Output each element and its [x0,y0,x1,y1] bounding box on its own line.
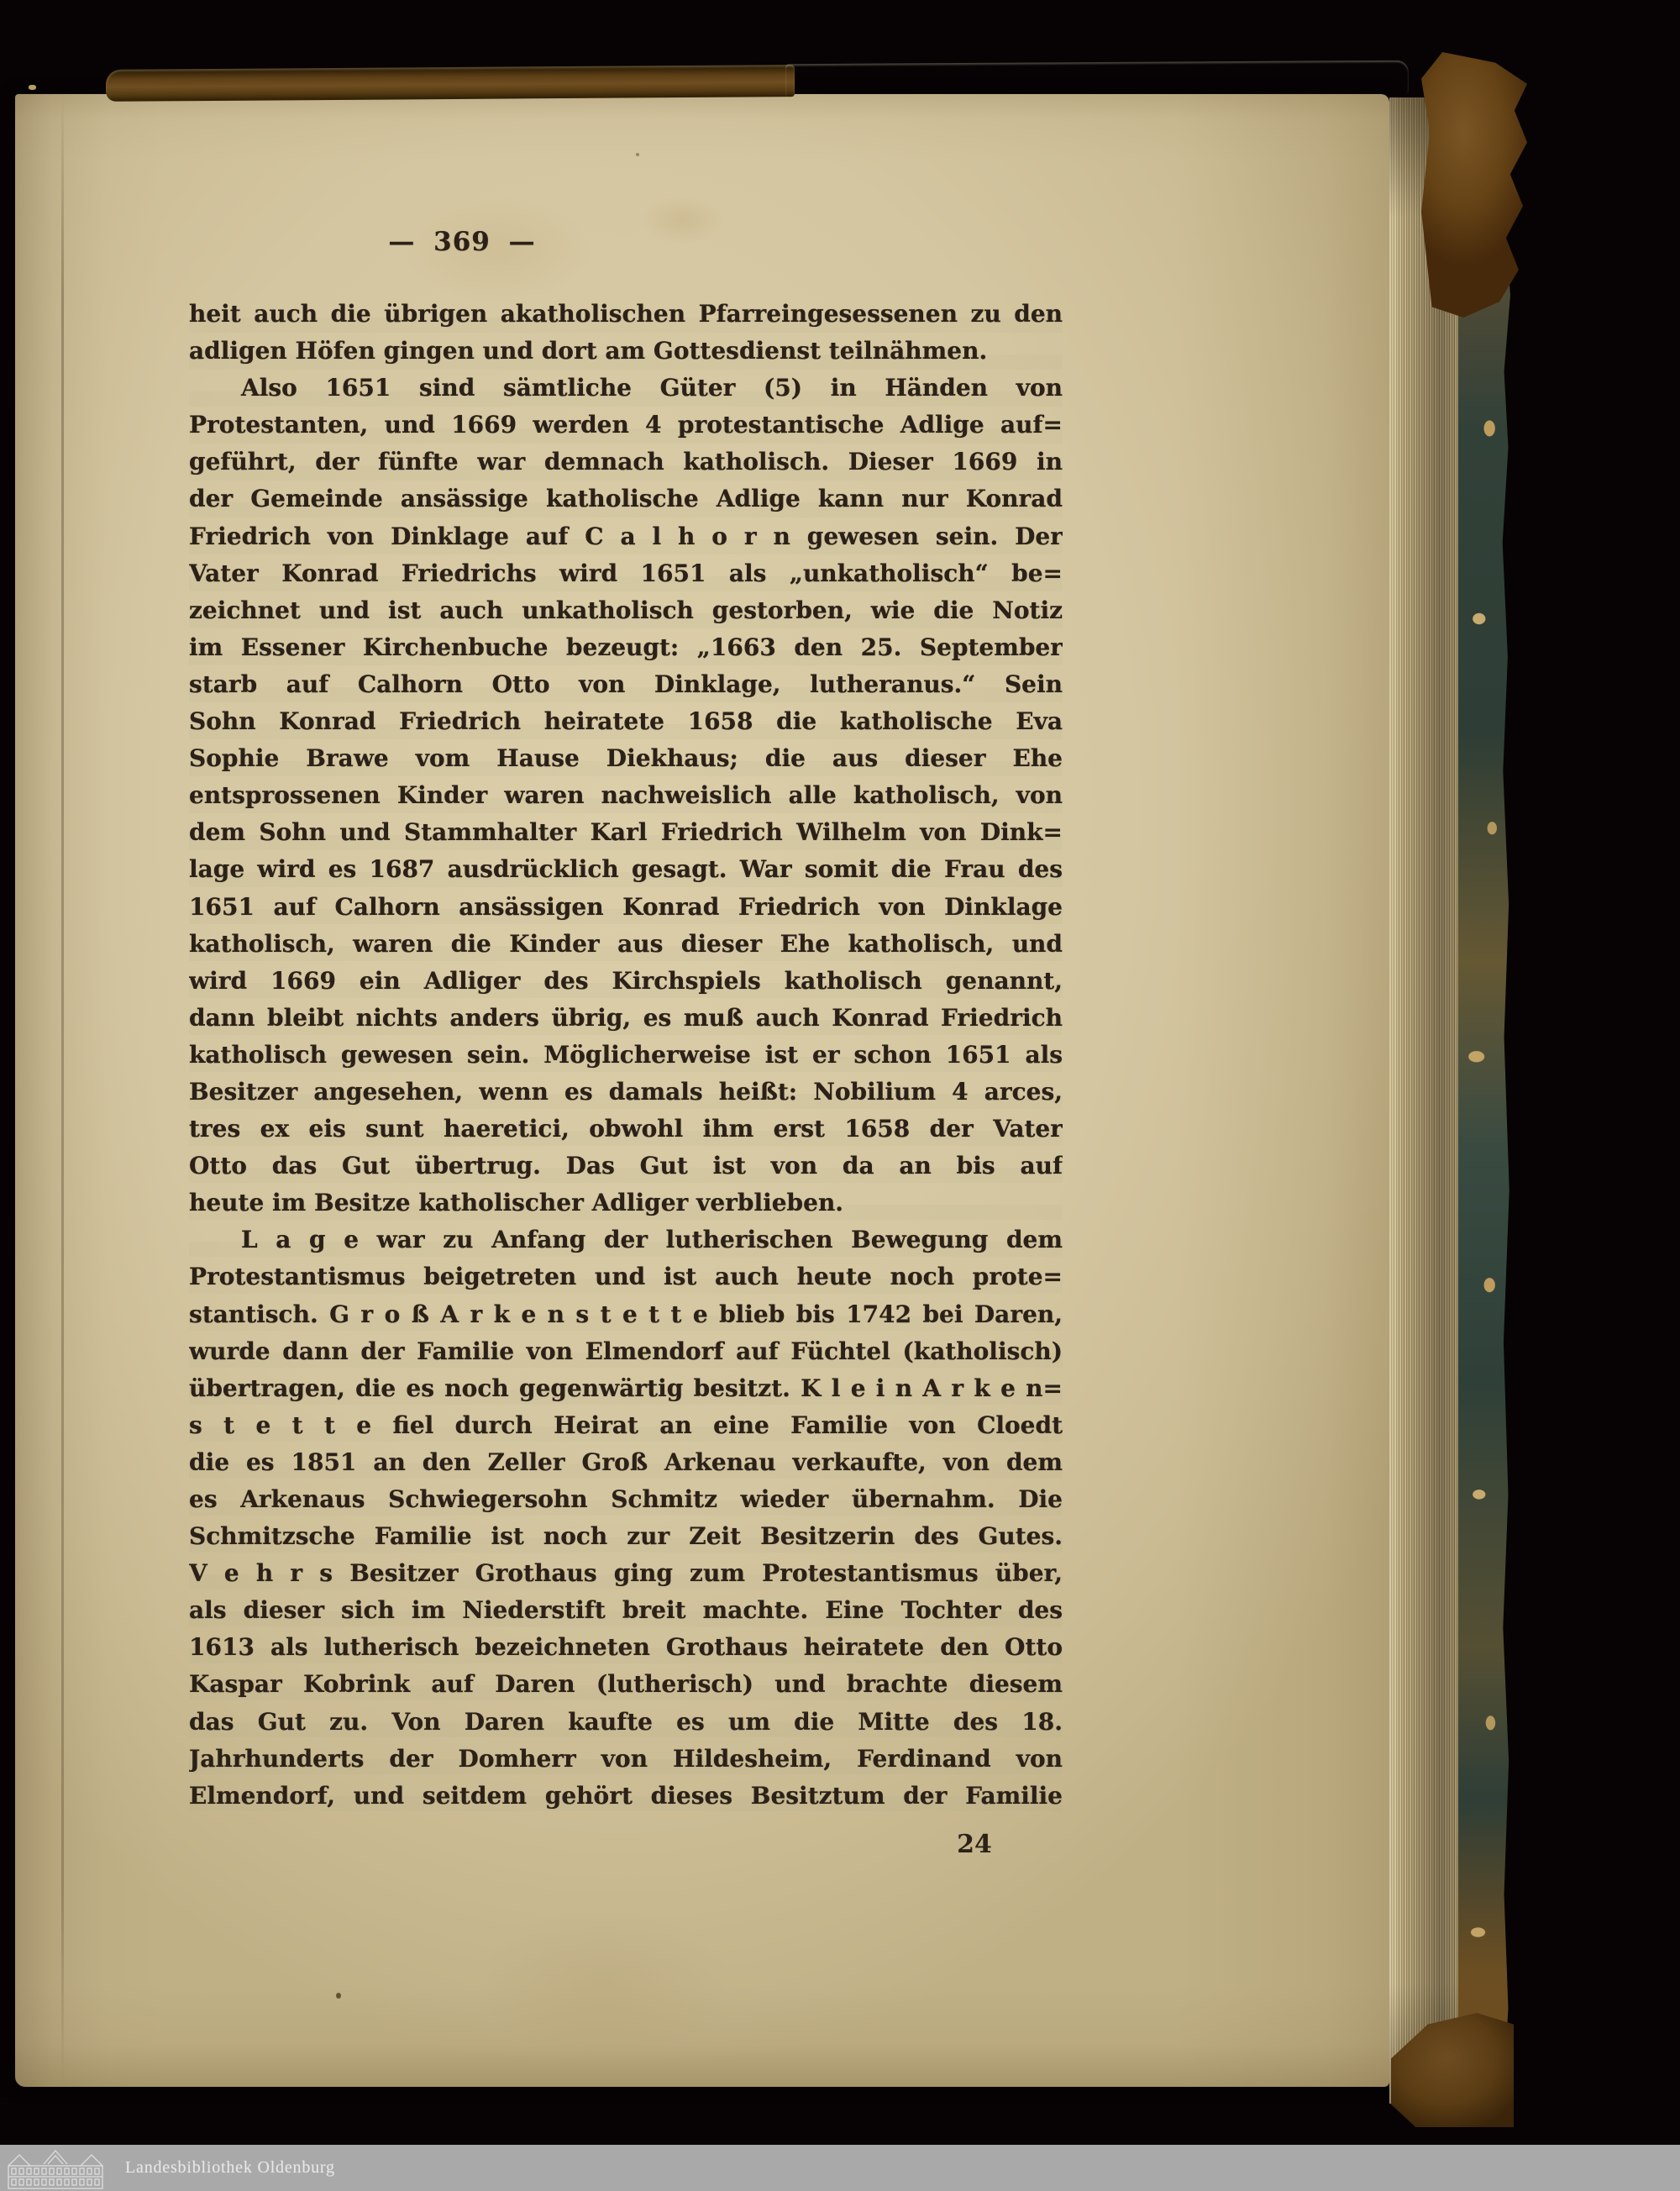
book-cover-leather-corner-top [1421,52,1527,318]
text-line: s t e t t e fiel durch Heirat an eine Fa… [189,1407,1063,1444]
text-line: Kaspar Kobrink auf Daren (lutherisch) un… [189,1666,1063,1703]
text-line: als dieser sich im Niederstift breit mac… [189,1592,1063,1629]
page-text-block: heit auch die übrigen akatholischen Pfar… [189,296,1063,1815]
book-scan: — 369 — heit auch die übrigen akatholisc… [0,0,1680,2191]
page-gutter-crease [61,94,64,2087]
text-line: katholisch gewesen sein. Möglicherweise … [189,1037,1063,1074]
text-line: stantisch. G r o ß A r k e n s t e t t e… [189,1296,1063,1333]
text-line: übertragen, die es noch gegenwärtig besi… [189,1370,1063,1407]
text-line: Friedrich von Dinklage auf C a l h o r n… [189,518,1063,555]
sheet-signature-mark: 24 [939,1830,1010,1859]
text-line: lage wird es 1687 ausdrücklich gesagt. W… [189,851,1063,888]
text-line: der Gemeinde ansässige katholische Adlig… [189,481,1063,518]
text-line: Otto das Gut übertrug. Das Gut ist von d… [189,1148,1063,1185]
book-cover-top-edge-marble [785,60,1409,102]
text-line: die es 1851 an den Zeller Groß Arkenau v… [189,1444,1063,1481]
text-line: L a g e war zu Anfang der lutherischen B… [189,1222,1063,1258]
text-line: heit auch die übrigen akatholischen Pfar… [189,296,1063,333]
text-line: wurde dann der Familie von Elmendorf auf… [189,1333,1063,1370]
text-line: adligen Höfen gingen und dort am Gottesd… [189,333,1063,370]
text-line: Schmitzsche Familie ist noch zur Zeit Be… [189,1518,1063,1555]
text-line: entsprossenen Kinder waren nachweislich … [189,777,1063,814]
paper-speck [336,1993,341,1999]
paper-speck [636,153,639,156]
text-line: Sohn Konrad Friedrich heiratete 1658 die… [189,703,1063,740]
text-line: starb auf Calhorn Otto von Dinklage, lut… [189,666,1063,703]
text-line: Vater Konrad Friedrichs wird 1651 als „u… [189,555,1063,592]
paper-speck [29,85,36,90]
book-fore-edge-pages [1389,97,1460,2104]
book-cover-top-edge-leather [106,65,795,102]
text-line: Besitzer angesehen, wenn es damals heißt… [189,1074,1063,1111]
library-watermark-bar: Landesbibliothek Oldenburg [0,2145,1680,2191]
text-line: Jahrhunderts der Domherr von Hildesheim,… [189,1741,1063,1778]
text-line: das Gut zu. Von Daren kaufte es um die M… [189,1704,1063,1741]
text-line: heute im Besitze katholischer Adliger ve… [189,1185,1063,1222]
text-line: 1613 als lutherisch bezeichneten Grothau… [189,1629,1063,1666]
text-line: V e h r s Besitzer Grothaus ging zum Pro… [189,1555,1063,1592]
text-line: Elmendorf, und seitdem gehört dieses Bes… [189,1778,1063,1815]
text-line: es Arkenaus Schwiegersohn Schmitz wieder… [189,1481,1063,1518]
text-line: geführt, der fünfte war demnach katholis… [189,444,1063,481]
text-line: dann bleibt nichts anders übrig, es muß … [189,1000,1063,1037]
text-line: 1651 auf Calhorn ansässigen Konrad Fried… [189,889,1063,926]
text-line: Protestantismus beigetreten und ist auch… [189,1258,1063,1295]
library-watermark-label: Landesbibliothek Oldenburg [125,2158,335,2178]
text-line: Protestanten, und 1669 werden 4 protesta… [189,407,1063,444]
text-line: Also 1651 sind sämtliche Güter (5) in Hä… [189,370,1063,407]
book-cover-marbled-edge [1458,200,1510,2104]
page-number-header: — 369 — [353,227,571,257]
text-line: im Essener Kirchenbuche bezeugt: „1663 d… [189,629,1063,666]
text-line: wird 1669 ein Adliger des Kirchspiels ka… [189,963,1063,1000]
text-line: zeichnet und ist auch unkatholisch gesto… [189,592,1063,629]
text-line: Sophie Brawe vom Hause Diekhaus; die aus… [189,740,1063,777]
text-line: katholisch, waren die Kinder aus dieser … [189,926,1063,963]
text-line: dem Sohn und Stammhalter Karl Friedrich … [189,814,1063,851]
text-line: tres ex eis sunt haeretici, obwohl ihm e… [189,1111,1063,1148]
library-building-logo [6,2147,105,2189]
